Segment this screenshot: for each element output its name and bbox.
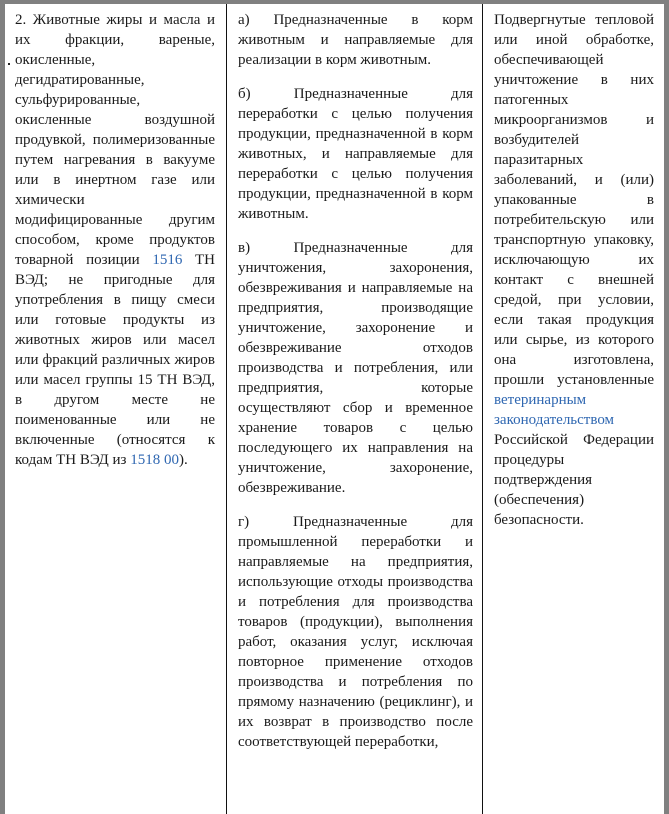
purpose-item-v: в) Предназначенные для уничтожения, захо… [238,238,473,498]
table-cell-product: 2. Животные жиры и масла и их фракции, в… [5,4,225,814]
purpose-item-b: б) Предназначенные для переработки с цел… [238,84,473,224]
link-veterinary-legislation[interactable]: ветеринарным законодательством [494,392,614,428]
document-page: 2. Животные жиры и масла и их фракции, в… [5,4,664,814]
purpose-item-g: г) Предназначенные для промышленной пере… [238,512,473,752]
condition-text: Подвергнутые тепловой или иной обработке… [494,10,654,530]
purpose-item-a: а) Предназначенные в корм животным и нап… [238,10,473,70]
link-code-1518-00[interactable]: 1518 00 [130,452,179,468]
link-code-1516[interactable]: 1516 [152,252,182,268]
product-description: 2. Животные жиры и масла и их фракции, в… [15,10,215,470]
table-cell-condition: Подвергнутые тепловой или иной обработке… [482,4,664,814]
table-cell-purpose: а) Предназначенные в корм животным и нап… [226,4,482,814]
